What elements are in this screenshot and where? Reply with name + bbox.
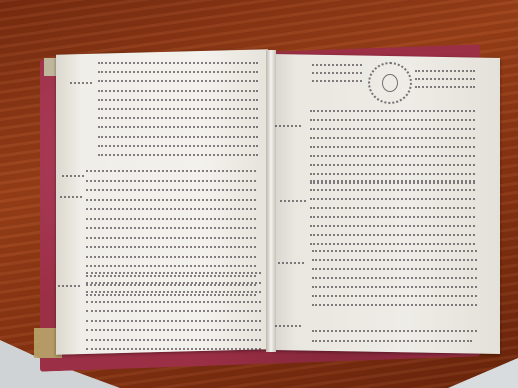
ink-line — [310, 119, 475, 121]
ink-line — [310, 164, 475, 166]
ink-line — [312, 340, 472, 342]
ink-line — [98, 145, 258, 147]
ink-line — [312, 277, 477, 279]
ink-line — [312, 250, 477, 252]
ink-line — [86, 227, 256, 229]
ink-line — [98, 126, 258, 128]
ink-line — [98, 154, 258, 156]
ink-line — [86, 320, 261, 322]
ink-line — [280, 200, 306, 202]
ink-line — [310, 137, 475, 139]
ink-line — [98, 62, 258, 64]
ink-line — [415, 86, 475, 88]
ink-line — [86, 284, 256, 286]
ink-line — [98, 117, 258, 119]
ink-line — [86, 208, 256, 210]
ink-line — [310, 198, 475, 200]
ink-line — [62, 175, 84, 177]
book-spine-gutter — [266, 50, 276, 352]
ink-line — [310, 110, 475, 112]
ink-line — [415, 78, 475, 80]
ink-line — [86, 237, 256, 239]
ink-line — [310, 243, 475, 245]
ink-line — [312, 259, 477, 261]
ink-line — [312, 304, 477, 306]
left-page — [56, 49, 268, 355]
ink-line — [86, 246, 256, 248]
ink-line — [86, 170, 256, 172]
ink-line — [312, 286, 477, 288]
ink-line — [70, 82, 92, 84]
ink-line — [86, 265, 256, 267]
ink-line — [58, 285, 80, 287]
ink-line — [312, 64, 362, 66]
ink-line — [86, 348, 261, 350]
ink-line — [86, 189, 256, 191]
ink-line — [310, 128, 475, 130]
ink-line — [86, 275, 256, 277]
ink-line — [86, 282, 261, 284]
ink-line — [310, 173, 475, 175]
ink-line — [312, 295, 477, 297]
ink-line — [86, 256, 256, 258]
ink-line — [86, 291, 261, 293]
ink-line — [310, 225, 475, 227]
ink-line — [86, 272, 261, 274]
ink-line — [310, 216, 475, 218]
ink-line — [310, 155, 475, 157]
ink-line — [86, 339, 261, 341]
ink-line — [310, 182, 475, 184]
ink-line — [98, 108, 258, 110]
ink-line — [310, 180, 475, 182]
ink-line — [275, 325, 301, 327]
ink-line — [310, 207, 475, 209]
ink-line — [312, 72, 362, 74]
ink-line — [86, 180, 256, 182]
ink-line — [98, 90, 258, 92]
ink-line — [98, 99, 258, 101]
ink-line — [312, 80, 362, 82]
ink-line — [415, 70, 475, 72]
ink-line — [86, 310, 261, 312]
ink-line — [310, 146, 475, 148]
ink-line — [312, 268, 477, 270]
ink-line — [86, 199, 256, 201]
ink-line — [60, 196, 82, 198]
ink-line — [310, 189, 475, 191]
ink-line — [275, 125, 301, 127]
ink-line — [98, 136, 258, 138]
ink-line — [98, 80, 258, 82]
ink-line — [86, 301, 261, 303]
ink-line — [98, 71, 258, 73]
stamp-seal-icon — [368, 62, 412, 104]
ink-line — [310, 234, 475, 236]
ink-line — [312, 330, 477, 332]
ink-line — [86, 218, 256, 220]
ink-line — [86, 294, 256, 296]
ink-line — [86, 329, 261, 331]
ink-line — [278, 262, 304, 264]
